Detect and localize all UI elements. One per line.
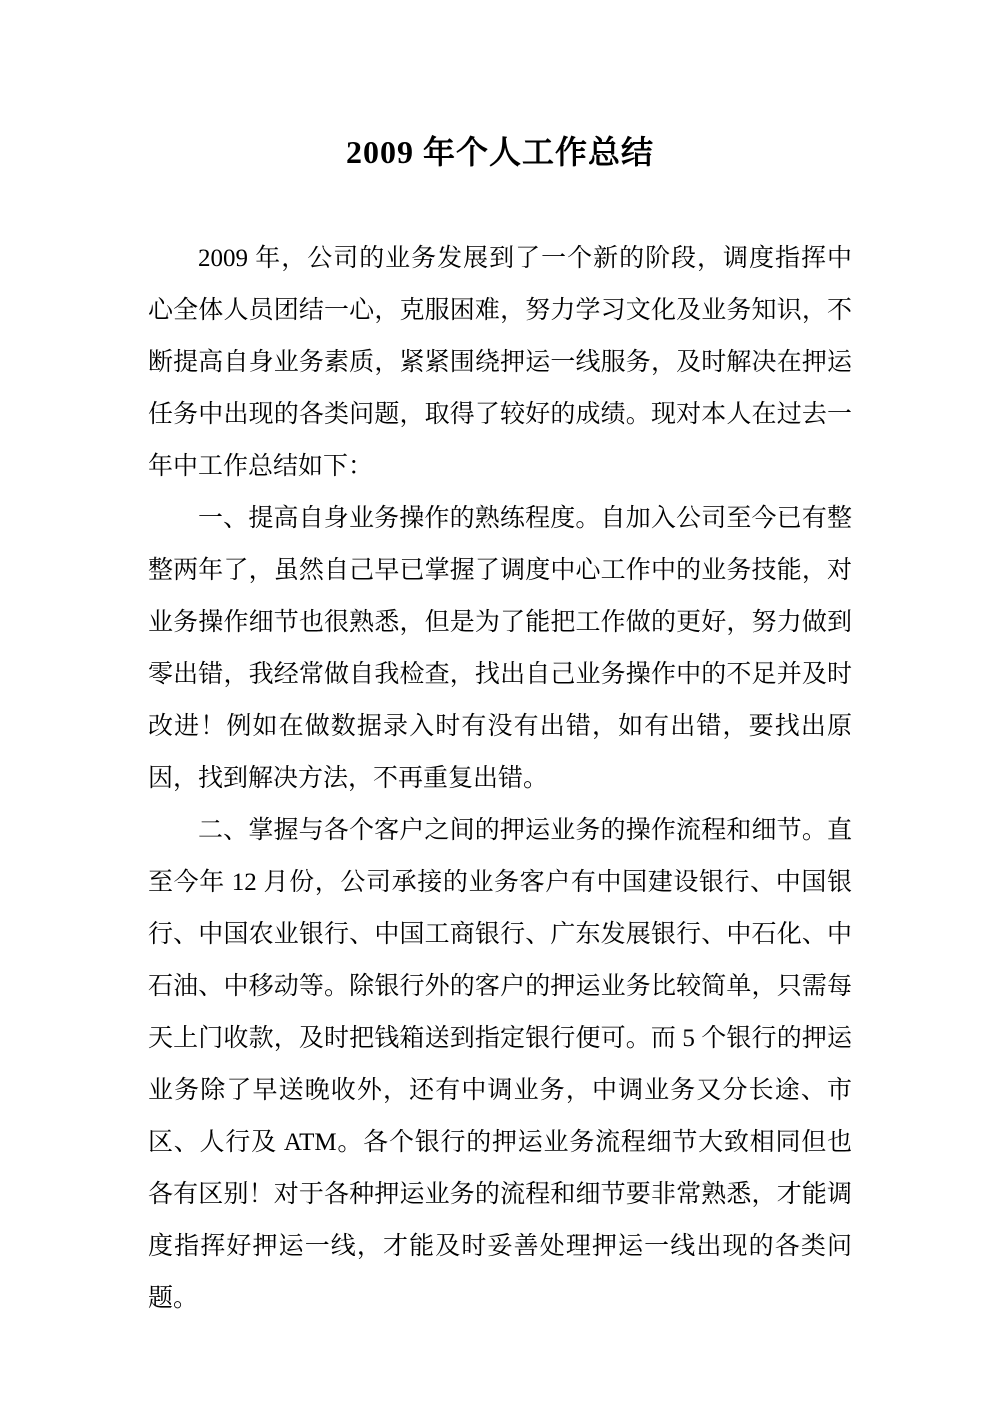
paragraph: 2009 年，公司的业务发展到了一个新的阶段，调度指挥中心全体人员团结一心，克服… xyxy=(148,233,852,493)
paragraph: 二、掌握与各个客户之间的押运业务的操作流程和细节。直至今年 12 月份，公司承接… xyxy=(148,805,852,1325)
document-title: 2009 年个人工作总结 xyxy=(148,133,852,171)
document-page: 2009 年个人工作总结 2009 年，公司的业务发展到了一个新的阶段，调度指挥… xyxy=(0,0,1000,1415)
document-body: 2009 年，公司的业务发展到了一个新的阶段，调度指挥中心全体人员团结一心，克服… xyxy=(148,233,852,1325)
paragraph: 一、提高自身业务操作的熟练程度。自加入公司至今已有整整两年了，虽然自己早已掌握了… xyxy=(148,493,852,805)
